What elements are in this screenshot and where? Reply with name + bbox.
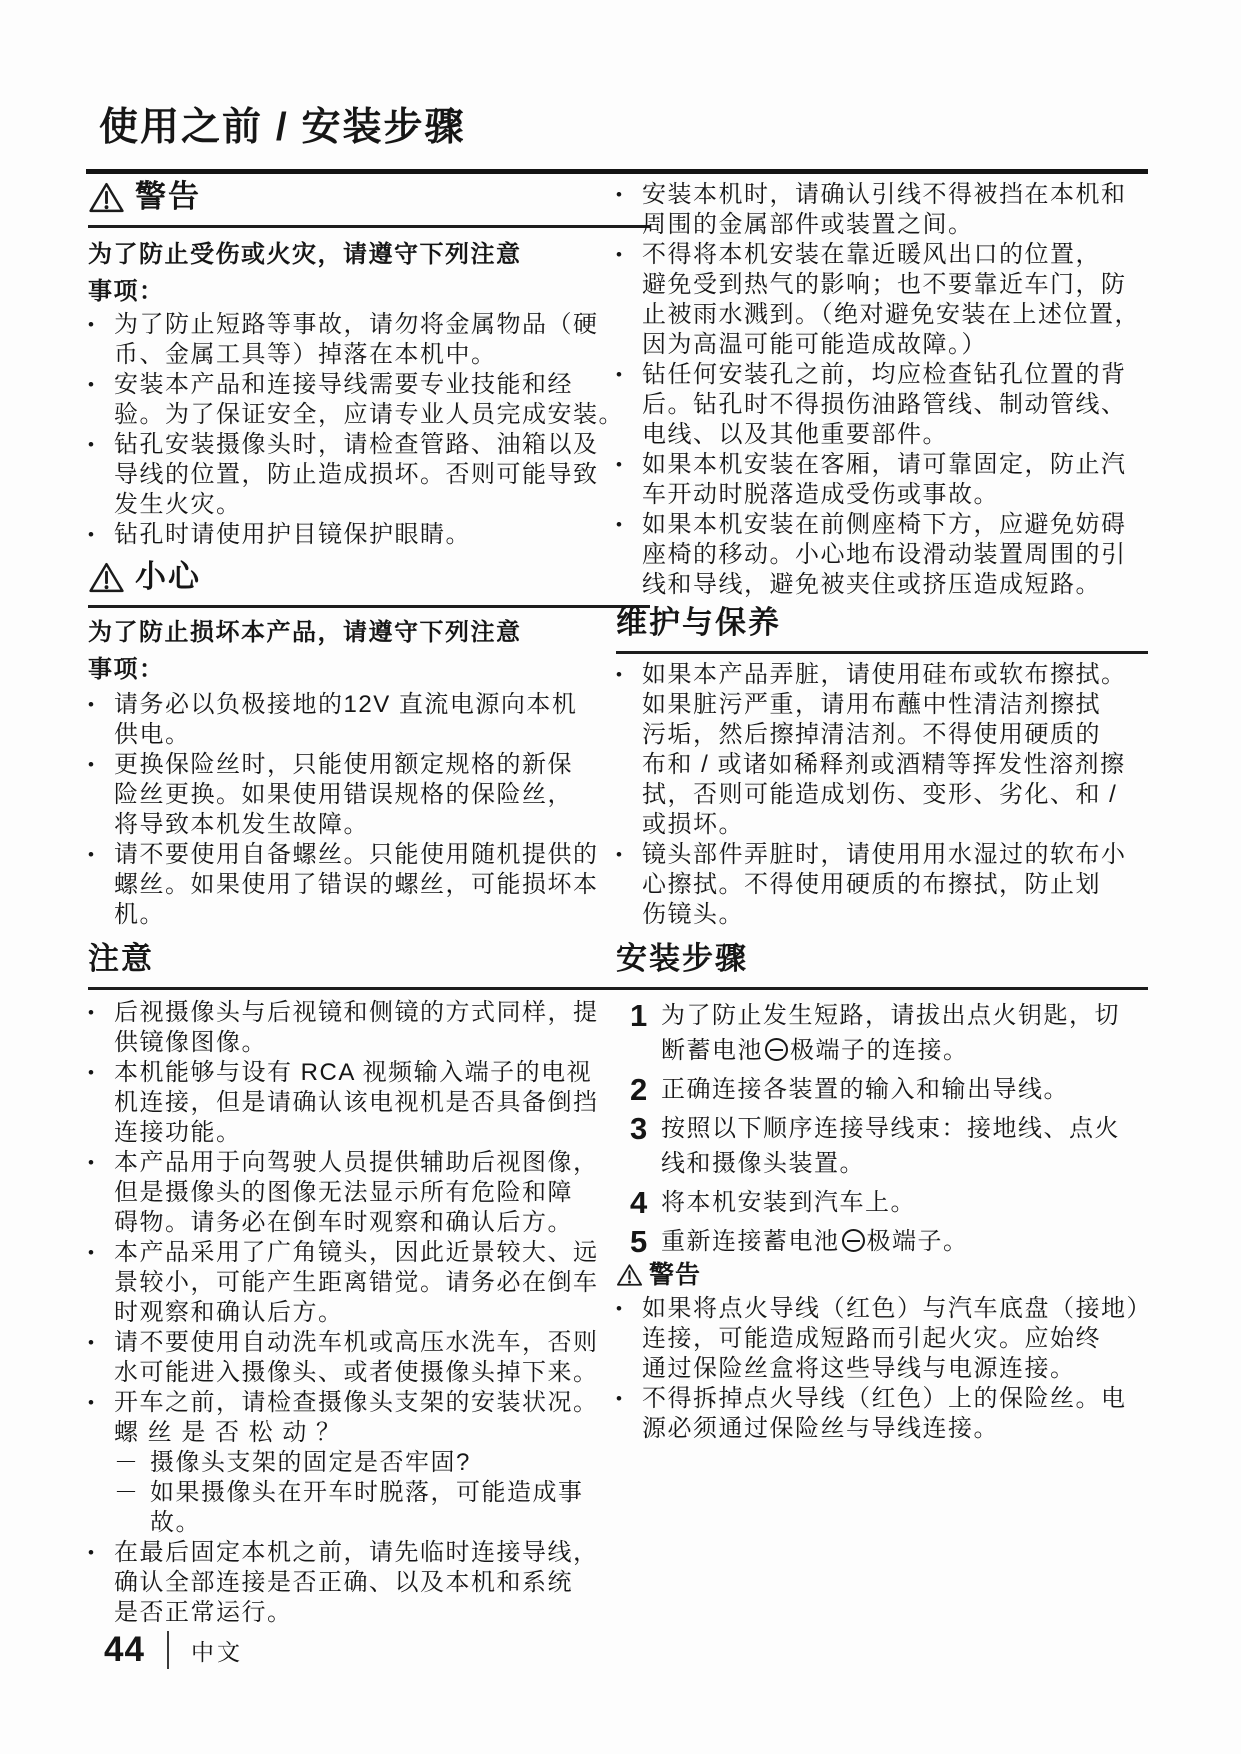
text-line-content: 为了防止短路等事故，请勿将金属物品（硬 (114, 310, 599, 340)
bullet-item: •镜头部件弄脏时，请使用用水湿过的软布小心擦拭。不得使用硬质的布擦拭，防止划伤镜… (616, 840, 1148, 930)
text-line: 供电。 (88, 720, 650, 750)
text-line-content: 如果将点火导线（红色）与汽车底盘（接地） (642, 1294, 1152, 1324)
text-line: •为了防止短路等事故，请勿将金属物品（硬 (88, 310, 650, 340)
text-line-content: 在最后固定本机之前，请先临时连接导线， (114, 1538, 599, 1568)
text-line: 断蓄电池极端子的连接。 (661, 1033, 1120, 1068)
text-line: 币、金属工具等）掉落在本机中。 (88, 340, 650, 370)
text-line-content: 摄像头支架的固定是否牢固? (150, 1448, 471, 1478)
warning-triangle-icon (616, 1263, 643, 1287)
text-line: 机。 (88, 900, 650, 930)
bullet-item: •本产品采用了广角镜头，因此近景较大、远景较小，可能产生距离错觉。请务必在倒车时… (88, 1238, 650, 1328)
text-line: •钻孔时请使用护目镜保护眼睛。 (88, 520, 650, 550)
warning-bullets: •为了防止短路等事故，请勿将金属物品（硬币、金属工具等）掉落在本机中。•安装本产… (88, 310, 650, 550)
step-number: 1 (616, 998, 661, 1068)
warning-triangle-icon (88, 561, 125, 594)
bullet-marker: • (88, 1058, 114, 1088)
bullet-item: •不得拆掉点火导线（红色）上的保险丝。电源必须通过保险丝与导线连接。 (616, 1384, 1148, 1444)
text-line: •请务必以负极接地的12V 直流电源向本机 (88, 690, 650, 720)
text-line: 如果脏污严重，请用布蘸中性清洁剂擦拭 (616, 690, 1148, 720)
text-line: 源必须通过保险丝与导线连接。 (616, 1414, 1148, 1444)
heading-label: 维护与保养 (616, 605, 781, 641)
text-line: 但是摄像头的图像无法显示所有危险和障 (88, 1178, 650, 1208)
text-line-content: 如果本产品弄脏，请使用硅布或软布擦拭。 (642, 660, 1127, 690)
text-line: 将导致本机发生故障。 (88, 810, 650, 840)
install-step: 5重新连接蓄电池极端子。 (616, 1224, 1148, 1259)
install-steps: 1为了防止发生短路，请拔出点火钥匙，切断蓄电池极端子的连接。2正确连接各装置的输… (616, 998, 1148, 1263)
manual-page: 使用之前 / 安装步骤 警告为了防止受伤或火灾，请遵守下列注意事项：•为了防止短… (0, 0, 1241, 1754)
text-line: •如果本机安装在客厢，请可靠固定，防止汽 (616, 450, 1148, 480)
text-line-content: 开车之前，请检查摄像头支架的安装状况。 (114, 1388, 599, 1418)
battery-minus-icon (842, 1229, 865, 1252)
notice-heading: 注意 (88, 938, 650, 990)
dash-marker: － (114, 1448, 150, 1478)
text-line-content: 更换保险丝时，只能使用额定规格的新保 (114, 750, 573, 780)
install-step: 4将本机安装到汽车上。 (616, 1185, 1148, 1220)
bullet-marker: • (616, 360, 642, 390)
text-line: 导线的位置，防止造成损坏。否则可能导致 (88, 460, 650, 490)
text-line-content: 安装本产品和连接导线需要专业技能和经 (114, 370, 573, 400)
text-line: 故。 (114, 1508, 650, 1538)
bullet-item: •请不要使用自备螺丝。只能使用随机提供的螺丝。如果使用了错误的螺丝，可能损坏本机… (88, 840, 650, 930)
text-line: 止被雨水溅到。（绝对避免安装在上述位置， (616, 300, 1148, 330)
bullet-marker: • (88, 750, 114, 780)
heading-label: 小心 (135, 559, 201, 595)
text-line-content: 钻孔安装摄像头时，请检查管路、油箱以及 (114, 430, 599, 460)
text-line: 时观察和确认后方。 (88, 1298, 650, 1328)
text-line: －摄像头支架的固定是否牢固? (114, 1448, 650, 1478)
warning-bullets-continued: •安装本机时，请确认引线不得被挡在本机和周围的金属部件或装置之间。•不得将本机安… (616, 180, 1148, 600)
text-line-content: 请不要使用自备螺丝。只能使用随机提供的 (114, 840, 599, 870)
text-line: 周围的金属部件或装置之间。 (616, 210, 1148, 240)
text-line: 电线、以及其他重要部件。 (616, 420, 1148, 450)
text-line-content: 如果本机安装在前侧座椅下方，应避免妨碍 (642, 510, 1127, 540)
footer-divider (167, 1631, 169, 1669)
text-line: •不得拆掉点火导线（红色）上的保险丝。电 (616, 1384, 1148, 1414)
text-line: 机连接，但是请确认该电视机是否具备倒挡 (88, 1088, 650, 1118)
step-text: 按照以下顺序连接导线束：接地线、点火线和摄像头装置。 (661, 1111, 1120, 1181)
intro-line: 为了防止受伤或火灾，请遵守下列注意 (88, 236, 650, 273)
text-line: 是否正常运行。 (88, 1598, 650, 1628)
text-line: •本机能够与设有 RCA 视频输入端子的电视 (88, 1058, 650, 1088)
text-line: •不得将本机安装在靠近暖风出口的位置， (616, 240, 1148, 270)
heading-label: 警告 (649, 1260, 701, 1290)
bullet-marker: • (88, 520, 114, 550)
footer-language-label: 中文 (191, 1634, 243, 1667)
bullet-item: •请务必以负极接地的12V 直流电源向本机供电。 (88, 690, 650, 750)
bullet-marker: • (616, 510, 642, 540)
bullet-marker: • (88, 1238, 114, 1268)
page-footer: 44 中文 (104, 1630, 243, 1670)
text-line: 因为高温可能可能造成故障。） (616, 330, 1148, 360)
dash-item: －摄像头支架的固定是否牢固? (88, 1448, 650, 1478)
right-column: •安装本机时，请确认引线不得被挡在本机和周围的金属部件或装置之间。•不得将本机安… (616, 0, 1148, 1754)
step-text: 重新连接蓄电池极端子。 (661, 1224, 969, 1259)
bullet-marker: • (616, 240, 642, 270)
text-line-content: 后视摄像头与后视镜和侧镜的方式同样，提 (114, 998, 599, 1028)
warning-intro: 为了防止受伤或火灾，请遵守下列注意事项： (88, 236, 650, 310)
text-line-content: 请务必以负极接地的12V 直流电源向本机 (114, 690, 577, 720)
bullet-marker: • (88, 310, 114, 340)
bullet-marker: • (88, 370, 114, 400)
text-line: －如果摄像头在开车时脱落，可能造成事 (114, 1478, 650, 1508)
step-text: 将本机安装到汽车上。 (661, 1185, 916, 1220)
step-text: 为了防止发生短路，请拔出点火钥匙，切断蓄电池极端子的连接。 (661, 998, 1120, 1068)
text-line: 水可能进入摄像头、或者使摄像头掉下来。 (88, 1358, 650, 1388)
bullet-item: •安装本产品和连接导线需要专业技能和经验。为了保证安全，应请专业人员完成安装。 (88, 370, 650, 430)
bullet-marker: • (616, 840, 642, 870)
text-line-content: 如果摄像头在开车时脱落，可能造成事 (150, 1478, 584, 1508)
step-number: 5 (616, 1224, 661, 1259)
text-line: 心擦拭。不得使用硬质的布擦拭，防止划 (616, 870, 1148, 900)
caution-intro: 为了防止损坏本产品，请遵守下列注意事项： (88, 614, 650, 688)
heading-label: 警告 (135, 179, 201, 215)
text-line: 布和 / 或诸如稀释剂或酒精等挥发性溶剂擦 (616, 750, 1148, 780)
text-line: 螺 丝 是 否 松 动 ？ (88, 1418, 650, 1448)
bullet-item: •请不要使用自动洗车机或高压水洗车，否则水可能进入摄像头、或者使摄像头掉下来。 (88, 1328, 650, 1388)
sub-warning-bullets: •如果将点火导线（红色）与汽车底盘（接地）连接，可能造成短路而引起火灾。应始终通… (616, 1294, 1148, 1444)
bullet-item: •如果本机安装在前侧座椅下方，应避免妨碍座椅的移动。小心地布设滑动装置周围的引线… (616, 510, 1148, 600)
text-line: •如果本机安装在前侧座椅下方，应避免妨碍 (616, 510, 1148, 540)
text-line: 伤镜头。 (616, 900, 1148, 930)
text-line: 按照以下顺序连接导线束：接地线、点火 (661, 1111, 1120, 1146)
bullet-marker: • (616, 660, 642, 690)
text-line: 车开动时脱落造成受伤或事故。 (616, 480, 1148, 510)
bullet-marker: • (616, 180, 642, 210)
bullet-item: •钻孔时请使用护目镜保护眼睛。 (88, 520, 650, 550)
text-line-content: 钻孔时请使用护目镜保护眼睛。 (114, 520, 471, 550)
bullet-marker: • (88, 1148, 114, 1178)
text-line: 通过保险丝盒将这些导线与电源连接。 (616, 1354, 1148, 1384)
text-line: 污垢，然后擦掉清洁剂。不得使用硬质的 (616, 720, 1148, 750)
intro-line: 事项： (88, 273, 650, 310)
text-line: •本产品用于向驾驶人员提供辅助后视图像， (88, 1148, 650, 1178)
step-number: 3 (616, 1111, 661, 1181)
bullet-marker: • (88, 430, 114, 460)
step-number: 2 (616, 1072, 661, 1107)
text-line: •安装本产品和连接导线需要专业技能和经 (88, 370, 650, 400)
dash-marker: － (114, 1478, 150, 1508)
text-line-content: 本机能够与设有 RCA 视频输入端子的电视 (114, 1058, 592, 1088)
text-line: 景较小，可能产生距离错觉。请务必在倒车 (88, 1268, 650, 1298)
bullet-marker: • (616, 1384, 642, 1414)
text-line: •后视摄像头与后视镜和侧镜的方式同样，提 (88, 998, 650, 1028)
bullet-item: •本产品用于向驾驶人员提供辅助后视图像，但是摄像头的图像无法显示所有危险和障碍物… (88, 1148, 650, 1238)
bullet-marker: • (88, 1388, 114, 1418)
text-line: •在最后固定本机之前，请先临时连接导线， (88, 1538, 650, 1568)
bullet-marker: • (88, 1328, 114, 1358)
heading-label: 注意 (88, 941, 154, 977)
step-text: 正确连接各装置的输入和输出导线。 (661, 1072, 1069, 1107)
bullet-item: •不得将本机安装在靠近暖风出口的位置，避免受到热气的影响；也不要靠近车门，防止被… (616, 240, 1148, 360)
text-line-content: 本产品采用了广角镜头，因此近景较大、远 (114, 1238, 599, 1268)
bullet-item: •如果本产品弄脏，请使用硅布或软布擦拭。如果脏污严重，请用布蘸中性清洁剂擦拭污垢… (616, 660, 1148, 840)
text-line: •如果本产品弄脏，请使用硅布或软布擦拭。 (616, 660, 1148, 690)
page-number: 44 (104, 1630, 145, 1670)
install-step: 3按照以下顺序连接导线束：接地线、点火线和摄像头装置。 (616, 1111, 1148, 1181)
intro-line: 事项： (88, 651, 650, 688)
bullet-marker: • (616, 450, 642, 480)
text-line-content: 钻任何安装孔之前，均应检查钻孔位置的背 (642, 360, 1127, 390)
text-line: •安装本机时，请确认引线不得被挡在本机和 (616, 180, 1148, 210)
text-line: 将本机安装到汽车上。 (661, 1185, 916, 1220)
warning-heading: 警告 (88, 176, 650, 228)
text-line-content: 不得拆掉点火导线（红色）上的保险丝。电 (642, 1384, 1127, 1414)
text-line: 碍物。请务必在倒车时观察和确认后方。 (88, 1208, 650, 1238)
install-step: 2正确连接各装置的输入和输出导线。 (616, 1072, 1148, 1107)
battery-minus-icon (765, 1038, 788, 1061)
text-line: 或损坏。 (616, 810, 1148, 840)
text-line: 正确连接各装置的输入和输出导线。 (661, 1072, 1069, 1107)
text-line: 螺丝。如果使用了错误的螺丝，可能损坏本 (88, 870, 650, 900)
dash-item: －如果摄像头在开车时脱落，可能造成事故。 (88, 1478, 650, 1538)
bullet-item: •如果本机安装在客厢，请可靠固定，防止汽车开动时脱落造成受伤或事故。 (616, 450, 1148, 510)
text-line: 重新连接蓄电池极端子。 (661, 1224, 969, 1259)
intro-line: 为了防止损坏本产品，请遵守下列注意 (88, 614, 650, 651)
install-step: 1为了防止发生短路，请拔出点火钥匙，切断蓄电池极端子的连接。 (616, 998, 1148, 1068)
text-line: •请不要使用自备螺丝。只能使用随机提供的 (88, 840, 650, 870)
caution-bullets: •请务必以负极接地的12V 直流电源向本机供电。•更换保险丝时，只能使用额定规格… (88, 690, 650, 930)
text-line-content: 本产品用于向驾驶人员提供辅助后视图像， (114, 1148, 599, 1178)
text-line: 线和导线，避免被夹住或挤压造成短路。 (616, 570, 1148, 600)
bullet-marker: • (88, 998, 114, 1028)
bullet-item: •安装本机时，请确认引线不得被挡在本机和周围的金属部件或装置之间。 (616, 180, 1148, 240)
bullet-item: •钻任何安装孔之前，均应检查钻孔位置的背后。钻孔时不得损伤油路管线、制动管线、电… (616, 360, 1148, 450)
text-line: 发生火灾。 (88, 490, 650, 520)
step-number: 4 (616, 1185, 661, 1220)
text-line-content: 不得将本机安装在靠近暖风出口的位置， (642, 240, 1101, 270)
bullet-item: •更换保险丝时，只能使用额定规格的新保险丝更换。如果使用错误规格的保险丝，将导致… (88, 750, 650, 840)
bullet-marker: • (88, 690, 114, 720)
text-line: 后。钻孔时不得损伤油路管线、制动管线、 (616, 390, 1148, 420)
text-line-content: 如果本机安装在客厢，请可靠固定，防止汽 (642, 450, 1127, 480)
text-line: 为了防止发生短路，请拔出点火钥匙，切 (661, 998, 1120, 1033)
sub-warning-heading: 警告 (616, 1260, 1148, 1290)
text-line: •更换保险丝时，只能使用额定规格的新保 (88, 750, 650, 780)
text-line-content: 镜头部件弄脏时，请使用用水湿过的软布小 (642, 840, 1127, 870)
maintenance-bullets: •如果本产品弄脏，请使用硅布或软布擦拭。如果脏污严重，请用布蘸中性清洁剂擦拭污垢… (616, 660, 1148, 930)
text-line: •本产品采用了广角镜头，因此近景较大、远 (88, 1238, 650, 1268)
text-line: 连接，可能造成短路而引起火灾。应始终 (616, 1324, 1148, 1354)
text-line: 拭，否则可能造成划伤、变形、劣化、和 / (616, 780, 1148, 810)
text-line: 座椅的移动。小心地布设滑动装置周围的引 (616, 540, 1148, 570)
bullet-item: •为了防止短路等事故，请勿将金属物品（硬币、金属工具等）掉落在本机中。 (88, 310, 650, 370)
bullet-item: •钻孔安装摄像头时，请检查管路、油箱以及导线的位置，防止造成损坏。否则可能导致发… (88, 430, 650, 520)
bullet-item: •在最后固定本机之前，请先临时连接导线，确认全部连接是否正确、以及本机和系统是否… (88, 1538, 650, 1628)
text-line: 验。为了保证安全，应请专业人员完成安装。 (88, 400, 650, 430)
text-line: •如果将点火导线（红色）与汽车底盘（接地） (616, 1294, 1148, 1324)
text-line: •钻任何安装孔之前，均应检查钻孔位置的背 (616, 360, 1148, 390)
text-line-content: 请不要使用自动洗车机或高压水洗车，否则 (114, 1328, 599, 1358)
install-steps-heading: 安装步骤 (616, 938, 1148, 990)
left-column: 警告为了防止受伤或火灾，请遵守下列注意事项：•为了防止短路等事故，请勿将金属物品… (88, 0, 650, 1754)
bullet-item: •本机能够与设有 RCA 视频输入端子的电视机连接，但是请确认该电视机是否具备倒… (88, 1058, 650, 1148)
text-line: 供镜像图像。 (88, 1028, 650, 1058)
text-line: •开车之前，请检查摄像头支架的安装状况。 (88, 1388, 650, 1418)
text-line: •镜头部件弄脏时，请使用用水湿过的软布小 (616, 840, 1148, 870)
heading-label: 安装步骤 (616, 941, 748, 977)
text-line: 避免受到热气的影响；也不要靠近车门，防 (616, 270, 1148, 300)
maintenance-heading: 维护与保养 (616, 602, 1148, 654)
bullet-marker: • (88, 840, 114, 870)
text-line: •请不要使用自动洗车机或高压水洗车，否则 (88, 1328, 650, 1358)
text-line: 险丝更换。如果使用错误规格的保险丝， (88, 780, 650, 810)
text-line: 连接功能。 (88, 1118, 650, 1148)
text-line: •钻孔安装摄像头时，请检查管路、油箱以及 (88, 430, 650, 460)
bullet-item: •如果将点火导线（红色）与汽车底盘（接地）连接，可能造成短路而引起火灾。应始终通… (616, 1294, 1148, 1384)
warning-triangle-icon (88, 181, 125, 214)
caution-heading: 小心 (88, 556, 650, 608)
bullet-marker: • (88, 1538, 114, 1568)
text-line: 确认全部连接是否正确、以及本机和系统 (88, 1568, 650, 1598)
text-line: 线和摄像头装置。 (661, 1146, 1120, 1181)
notice-bullets: •后视摄像头与后视镜和侧镜的方式同样，提供镜像图像。•本机能够与设有 RCA 视… (88, 998, 650, 1628)
bullet-marker: • (616, 1294, 642, 1324)
bullet-item: •开车之前，请检查摄像头支架的安装状况。螺 丝 是 否 松 动 ？ (88, 1388, 650, 1448)
text-line-content: 安装本机时，请确认引线不得被挡在本机和 (642, 180, 1127, 210)
bullet-item: •后视摄像头与后视镜和侧镜的方式同样，提供镜像图像。 (88, 998, 650, 1058)
